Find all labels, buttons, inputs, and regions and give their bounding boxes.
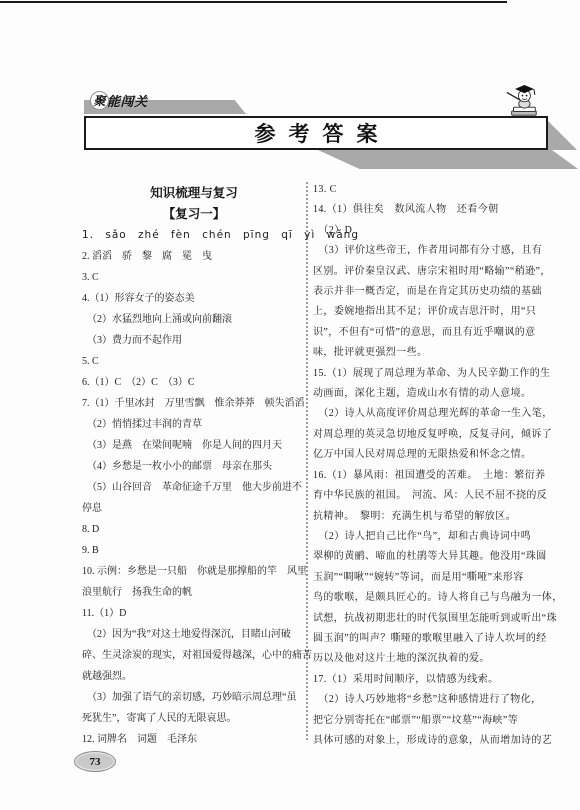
text-line: 圆玉润”的叫声？嘶哑的歌喉里融入了诗人坎坷的经 [313,629,571,649]
text-line: （2）诗人从高度评价周总理光辉的革命一生入笔， [313,404,571,424]
text-line: 表示并非一概否定，而是在肯定其历史功绩的基础 [313,282,571,302]
brand-logo: 聚 能闯关 [90,91,148,110]
graduate-mascot-icon [501,84,545,118]
right-column-lines: 13. C14.（1）俱往矣 数风流人物 还看今朝 （2）D （3）评价这些帝王… [313,180,571,751]
text-line: 味，批评就更强烈一些。 [313,343,571,363]
text-line: 就越强烈。 [82,666,306,687]
text-line: （2）水猛烈地向上涌或向前翻滚 [82,309,306,330]
text-line: （3）是燕 在梁间呢喃 你是人间的四月天 [82,435,306,456]
text-line: 17.（1）采用时间顺序，以情感为线索。 [313,670,571,690]
text-line: 区别。评价秦皇汉武、唐宗宋祖时用“略输”“稍逊”， [313,262,571,282]
text-line: 4.（1）形容女子的姿态美 [82,288,306,309]
text-line: 试想，抗战初期悲壮的时代氛围里怎能听到或听出“珠 [313,609,571,629]
page-number-badge: 73 [74,751,116,772]
text-line: （4）乡愁是一枚小小的邮票 母亲在那头 [82,456,306,477]
text-line: 死犹生”，寄寓了人民的无限哀思。 [82,708,306,729]
text-line: 13. C [313,180,571,200]
text-line: 7.（1）千里冰封 万里雪飘 惟余莽莽 顿失滔滔 [82,393,306,414]
text-line: 把它分别寄托在“邮票”“船票”“坟墓”“海峡”等 [313,711,571,731]
text-line: 12. 词牌名 词题 毛泽东 [82,729,306,750]
left-column: 知识梳理与复习 【复习一】 1. sǎo zhé fèn chén pīng q… [82,183,306,750]
text-line: （2）悄悄揉过丰润的青草 [82,414,306,435]
left-column-lines: 1. sǎo zhé fèn chén pīng qī yì wǎng2. 滔滔… [82,225,306,750]
text-line: 15.（1）展现了周总理为革命、为人民辛勤工作的生 [313,364,571,384]
text-line: 2. 滔滔 骄 黎 腐 冕 曳 [82,246,306,267]
text-line: 8. D [82,519,306,540]
text-line: 1. sǎo zhé fèn chén pīng qī yì wǎng [82,225,306,246]
text-line: 3. C [82,267,306,288]
text-line: 停息 [82,498,306,519]
section-subheading: 【复习一】 [82,204,306,225]
section-heading: 知识梳理与复习 [82,183,306,204]
right-column: 13. C14.（1）俱往矣 数风流人物 还看今朝 （2）D （3）评价这些帝王… [313,180,571,751]
text-line: 亿万中国人民对周总理的无限热爱和怀念之情。 [313,445,571,465]
text-line: （2）因为“我”对这土地爱得深沉，目睹山河破 [82,624,306,645]
text-line: （5）山谷回音 革命征途千万里 他大步前进不 [82,477,306,498]
text-line: 14.（1）俱往矣 数风流人物 还看今朝 [313,200,571,220]
text-line: 6.（1）C （2）C （3）C [82,372,306,393]
text-line: 5. C [82,351,306,372]
text-line: 历以及他对这片土地的深沉执着的爱。 [313,649,571,669]
text-line: 10. 示例：乡愁是一只船 你就是那撑船的竿 风里 [82,561,306,582]
text-line: 动画面，深化主题，造成山水有情的动人意境。 [313,384,571,404]
text-line: 鸟的歌喉，是颇具匠心的。诗人将自己与鸟融为一体， [313,588,571,608]
page-title: 参考答案 [242,118,391,148]
text-line: 11.（1）D [82,603,306,624]
top-rule [0,1,507,3]
banner-corner-shadow [548,121,577,150]
text-line: 抗精神。 黎明：充满生机与希望的解放区。 [313,507,571,527]
text-line: 玉润”“啁啾”“婉转”等词，而是用“嘶哑”来形容 [313,568,571,588]
text-line: 具体可感的对象上，形成诗的意象，从而增加诗的艺 [313,731,571,751]
text-line: （3）评价这些帝王，作者用词都有分寸感，且有 [313,241,571,261]
text-line: （2）诗人巧妙地将“乡愁”这种感情进行了物化， [313,690,571,710]
text-line: （2）诗人把自己比作“鸟”，却和古典诗词中鸣 [313,527,571,547]
logo-text: 能闯关 [107,91,148,110]
text-line: 碎、生灵涂炭的现实，对祖国爱得越深，心中的痛苦 [82,645,306,666]
text-line: 识”，不但有“可惜”的意思，而且有近乎嘲讽的意 [313,323,571,343]
banner-shadow [318,150,578,169]
text-line: 翠柳的黄鹂、啼血的杜鹃等大异其趣。他没用“珠圆 [313,547,571,567]
page-number: 73 [90,756,101,768]
text-line: 浪里航行 扬我生命的帆 [82,582,306,603]
text-line: 上，委婉地指出其不足；评价成吉思汗时，用“只 [313,302,571,322]
text-line: 对周总理的英灵急切地反复呼唤，反复寻问，倾诉了 [313,425,571,445]
text-line: 9. B [82,540,306,561]
text-line: （2）D [313,221,571,241]
title-banner: 参考答案 [84,116,548,150]
text-line: 16.（1）暴风雨：祖国遭受的苦难。 土地：繁衍养 [313,466,571,486]
text-line: （3）加强了语气的亲切感，巧妙暗示周总理“虽 [82,687,306,708]
text-line: （3）费力而不起作用 [82,330,306,351]
text-line: 育中华民族的祖国。 河流、风：人民不屈不挠的反 [313,486,571,506]
